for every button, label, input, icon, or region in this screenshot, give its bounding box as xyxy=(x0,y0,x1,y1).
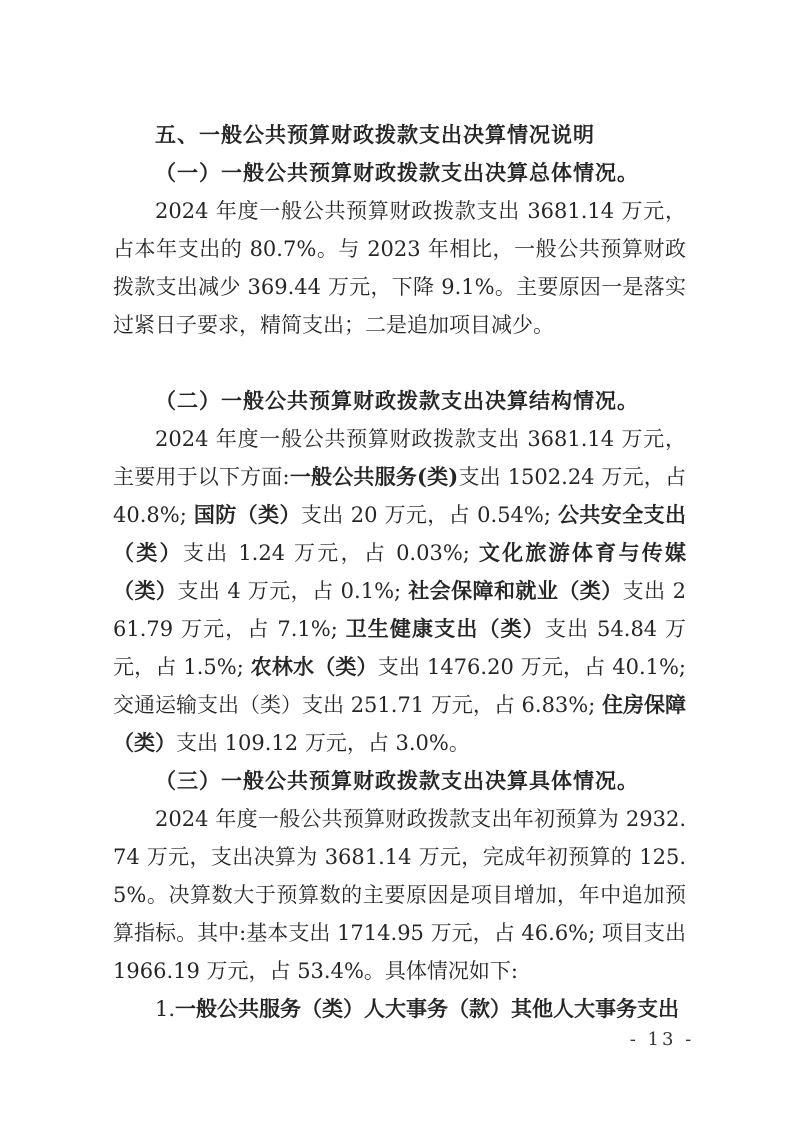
text-run: 2024 年度一般公共预算财政拨款支出年初预算为 2932.74 万元，支出决算… xyxy=(113,807,686,983)
text-run: 支出 1.24 万元，占 0.03%; xyxy=(183,541,479,565)
page-number: - 13 - xyxy=(612,1028,712,1052)
bold-run: 卫生健康支出（类） xyxy=(346,616,545,641)
section-5-title: 五、一般公共预算财政拨款支出决算情况说明 xyxy=(113,116,686,154)
bold-run: 一般公共服务(类) xyxy=(290,464,459,489)
section-5-1-paragraph: 2024 年度一般公共预算财政拨款支出 3681.14 万元，占本年支出的 80… xyxy=(113,192,686,344)
document-page: 五、一般公共预算财政拨款支出决算情况说明（一）一般公共预算财政拨款支出决算总体情… xyxy=(0,0,793,1122)
bold-run: （二）一般公共预算财政拨款支出决算结构情况。 xyxy=(155,388,639,413)
section-5-3-paragraph: 2024 年度一般公共预算财政拨款支出年初预算为 2932.74 万元，支出决算… xyxy=(113,800,686,990)
section-5-1-heading: （一）一般公共预算财政拨款支出决算总体情况。 xyxy=(113,154,686,192)
bold-run: （三）一般公共预算财政拨款支出决算具体情况。 xyxy=(155,768,639,793)
bold-run: 社会保障和就业（类） xyxy=(408,578,622,603)
bold-run: 农林水（类） xyxy=(251,654,378,679)
section-5-2-heading: （二）一般公共预算财政拨款支出决算结构情况。 xyxy=(113,382,686,420)
text-run: 支出 4 万元，占 0.1%; xyxy=(177,579,408,603)
bold-run: （一）一般公共预算财政拨款支出决算总体情况。 xyxy=(155,160,639,185)
text-run: 支出 20 万元，占 0.54%; xyxy=(301,503,558,527)
item-1-paragraph: 1.一般公共服务（类）人大事务（款）其他人大事务支出 xyxy=(113,990,686,1028)
section-5-2-paragraph: 2024 年度一般公共预算财政拨款支出 3681.14 万元，主要用于以下方面:… xyxy=(113,420,686,762)
blank-line xyxy=(113,344,686,382)
text-run: 2024 年度一般公共预算财政拨款支出 3681.14 万元，占本年支出的 80… xyxy=(113,199,686,337)
bold-run: 一般公共服务（类）人大事务（款）其他人大事务支出 xyxy=(175,996,679,1021)
bold-run: 五、一般公共预算财政拨款支出决算情况说明 xyxy=(155,122,595,147)
text-run: 1. xyxy=(155,997,175,1021)
section-5-3-heading: （三）一般公共预算财政拨款支出决算具体情况。 xyxy=(113,762,686,800)
bold-run: 国防（类） xyxy=(194,502,301,527)
text-run: 支出 109.12 万元，占 3.0%。 xyxy=(176,731,470,755)
document-body: 五、一般公共预算财政拨款支出决算情况说明（一）一般公共预算财政拨款支出决算总体情… xyxy=(113,116,686,1028)
